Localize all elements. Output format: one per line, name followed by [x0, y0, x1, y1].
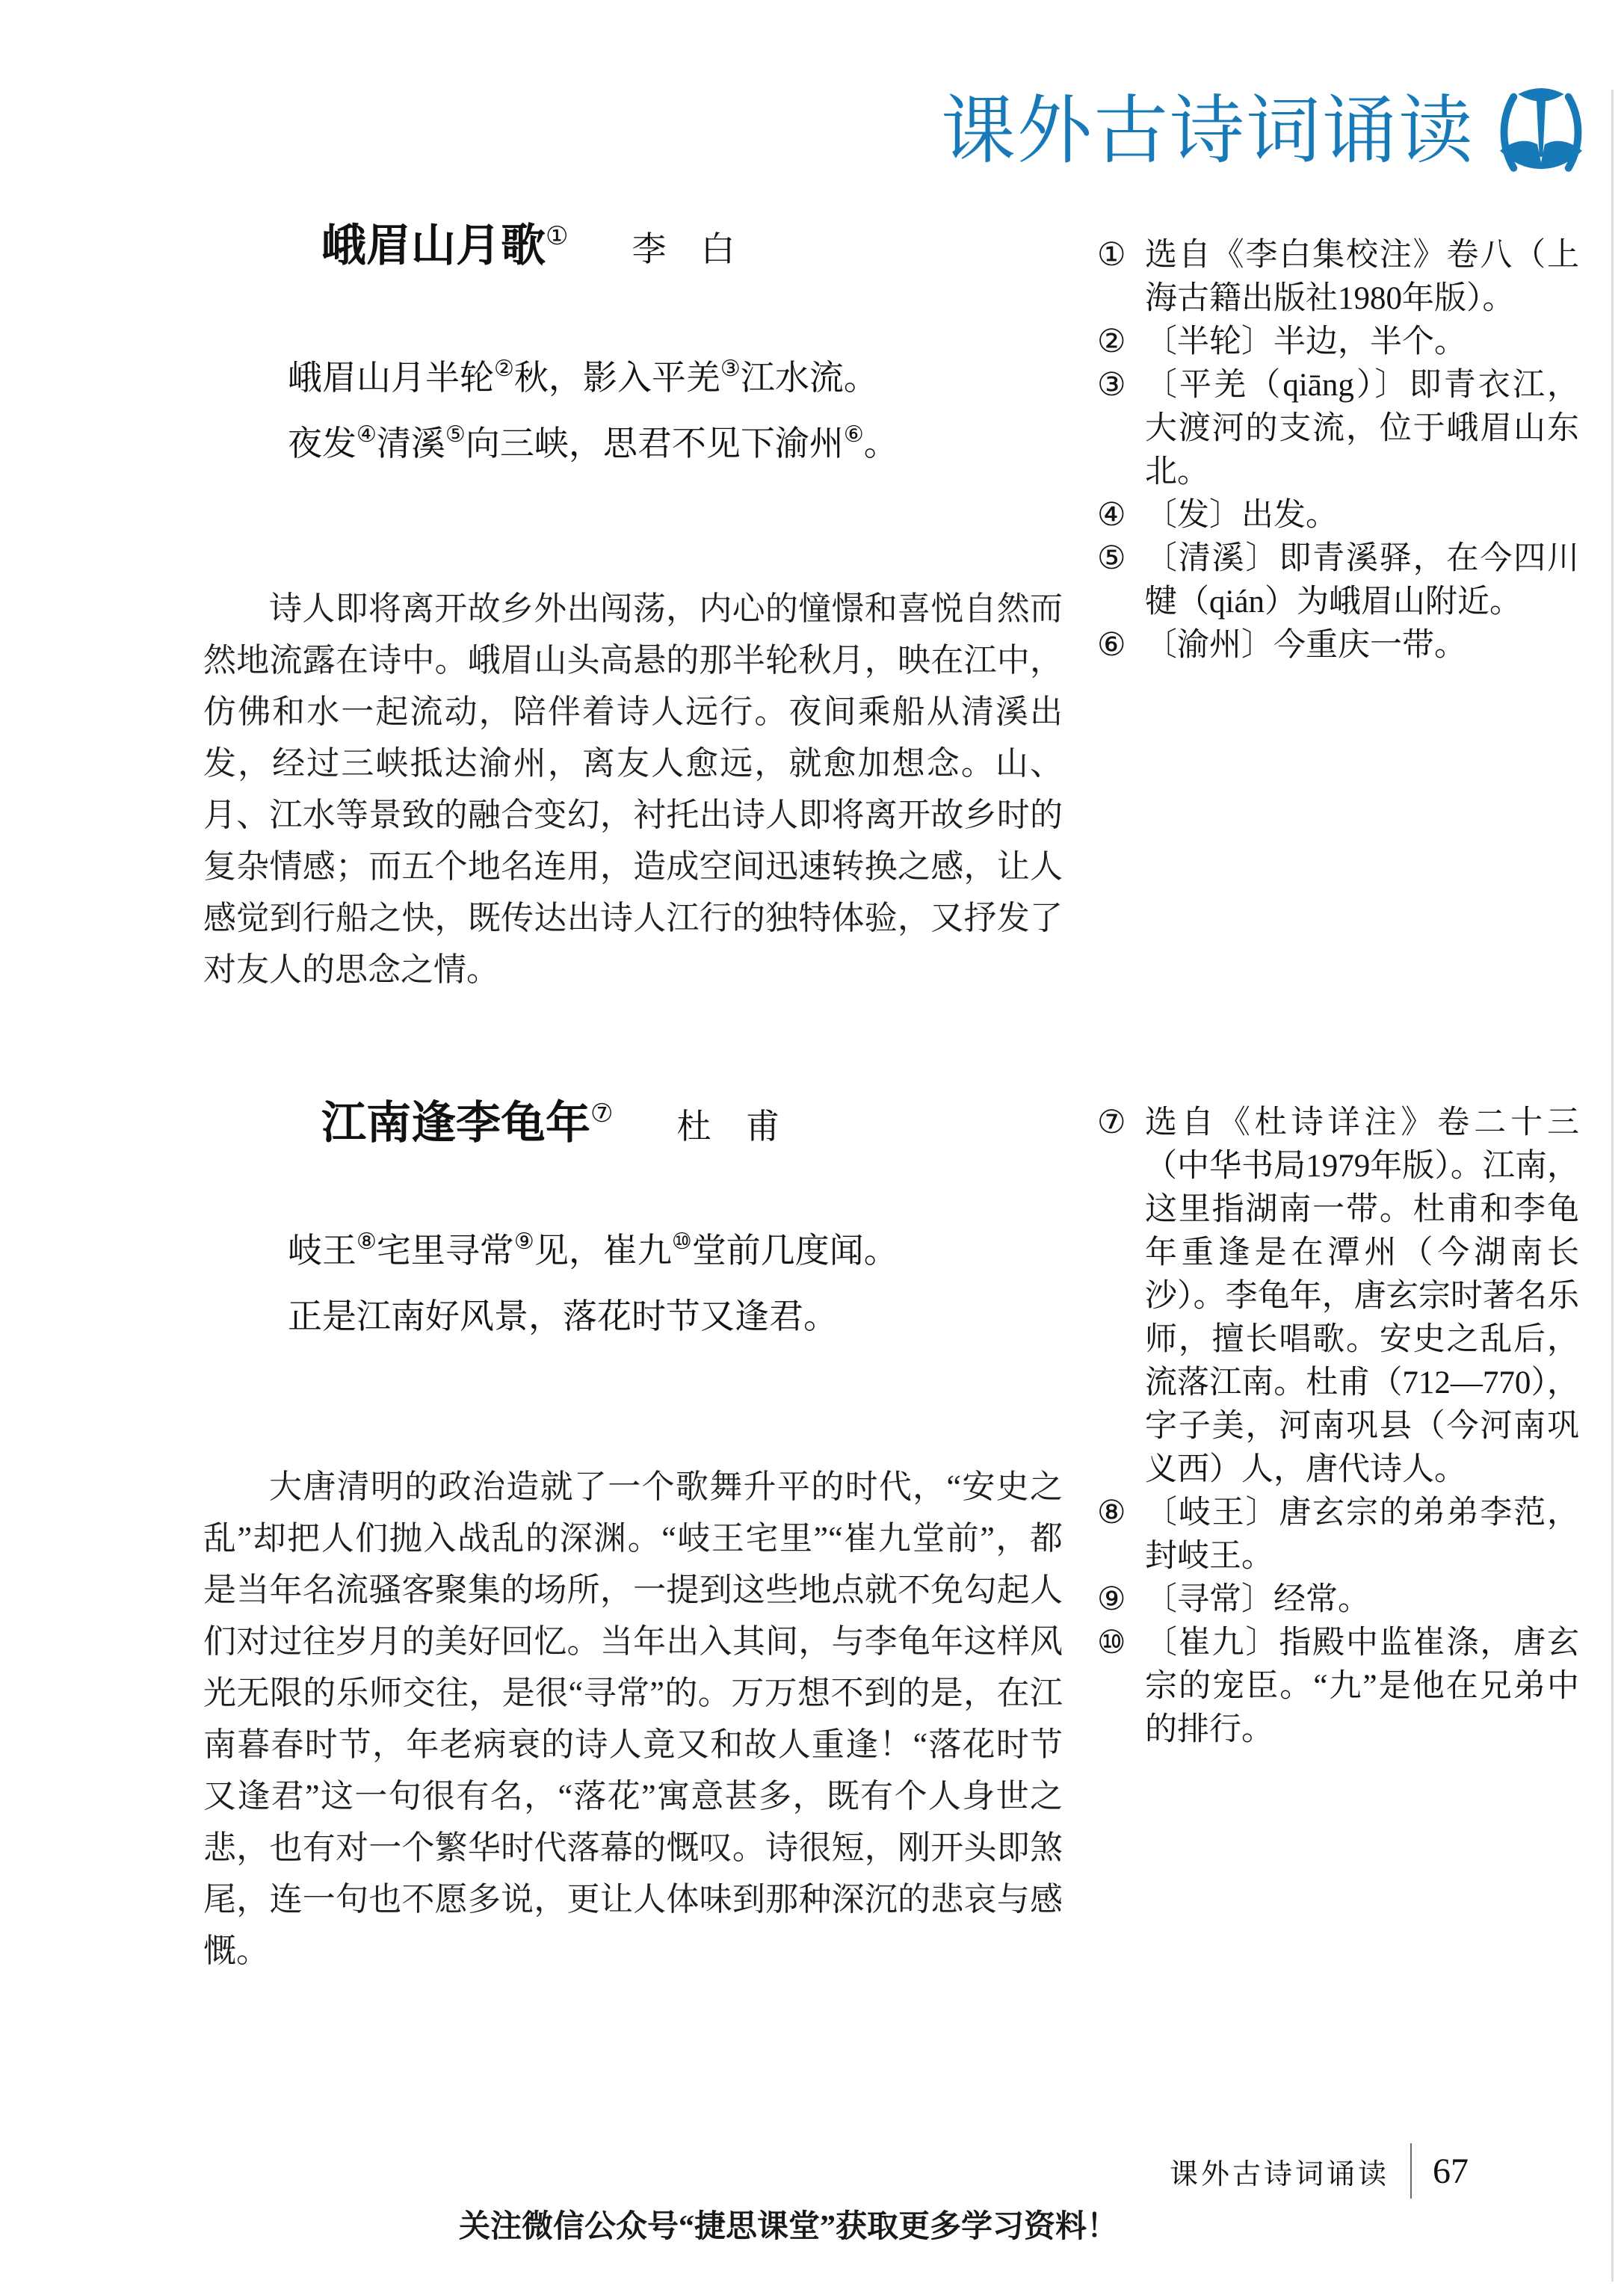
annotation-item-6: ⑥ 〔渝州〕今重庆一带。 [1097, 624, 1579, 667]
footer-divider [1410, 2143, 1412, 2199]
annotation-text: 〔岐王〕唐玄宗的弟弟李范，封岐王。 [1145, 1495, 1579, 1574]
annotation-item-8: ⑧ 〔岐王〕唐玄宗的弟弟李范，封岐王。 [1097, 1492, 1579, 1578]
annotation-number: ⑩ [1097, 1622, 1126, 1665]
annotation-number: ② [1097, 321, 1126, 364]
poem2-verses: 岐王⑧宅里寻常⑨见，崔九⑩堂前几度闻。 正是江南好风景，落花时节又逢君。 [288, 1218, 898, 1350]
annotation-number: ⑤ [1097, 537, 1126, 581]
poem2-verse-line-2: 正是江南好风景，落花时节又逢君。 [288, 1284, 898, 1350]
annotation-text: 〔寻常〕经常。 [1145, 1582, 1370, 1617]
page-edge-shadow [1611, 90, 1614, 2282]
annotation-item-2: ② 〔半轮〕半边，半个。 [1097, 321, 1579, 364]
chapter-header: 课外古诗词诵读 [941, 82, 1588, 181]
anchor-badge-icon [1494, 82, 1588, 181]
annotation-number: ⑦ [1097, 1102, 1126, 1145]
poem1-verse-line-2: 夜发④清溪⑤向三峡，思君不见下渝州⑥。 [288, 411, 898, 477]
annotation-text: 〔平羌（qiāng）〕即青衣江，大渡河的支流，位于峨眉山东北。 [1145, 368, 1579, 489]
poem2-author: 杜 甫 [676, 1099, 779, 1149]
annotation-text: 选自《李白集校注》卷八（上海古籍出版社1980年版）。 [1145, 238, 1579, 316]
poem2-title: 江南逢李龟年⑦ [321, 1096, 613, 1152]
annotation-item-7: ⑦ 选自《杜诗详注》卷二十三（中华书局1979年版）。江南，这里指湖南一带。杜甫… [1097, 1102, 1579, 1492]
annotation-number: ① [1097, 234, 1126, 277]
annotation-number: ⑨ [1097, 1578, 1126, 1622]
annotations-poem2: ⑦ 选自《杜诗详注》卷二十三（中华书局1979年版）。江南，这里指湖南一带。杜甫… [1097, 1102, 1579, 1752]
textbook-page: 课外古诗词诵读 峨眉山月歌① 李 白 峨眉山月半轮②秋，影入平羌③江水流。 夜发… [0, 0, 1624, 2295]
annotation-text: 〔半轮〕半边，半个。 [1145, 324, 1466, 359]
poem2-verse-line-1: 岐王⑧宅里寻常⑨见，崔九⑩堂前几度闻。 [288, 1218, 898, 1284]
annotation-number: ⑧ [1097, 1492, 1126, 1535]
poem2-title-row: 江南逢李龟年⑦ 杜 甫 [321, 1096, 779, 1152]
annotations-poem1: ① 选自《李白集校注》卷八（上海古籍出版社1980年版）。 ② 〔半轮〕半边，半… [1097, 234, 1579, 667]
annotation-text: 〔崔九〕指殿中监崔涤，唐玄宗的宠臣。“九”是他在兄弟中的排行。 [1145, 1625, 1579, 1747]
annotation-number: ⑥ [1097, 624, 1126, 667]
poem1-commentary: 诗人即将离开故乡外出闯荡，内心的憧憬和喜悦自然而然地流露在诗中。峨眉山头高悬的那… [203, 583, 1063, 995]
annotation-item-5: ⑤ 〔清溪〕即青溪驿，在今四川犍（qián）为峨眉山附近。 [1097, 537, 1579, 624]
footer-section-title: 课外古诗词诵读 [1170, 2151, 1389, 2192]
annotation-number: ③ [1097, 364, 1126, 407]
annotation-text: 〔清溪〕即青溪驿，在今四川犍（qián）为峨眉山附近。 [1145, 541, 1579, 620]
page-number: 67 [1433, 2151, 1469, 2192]
poem1-author: 李 白 [632, 222, 735, 271]
watermark-note: 关注微信公众号“捷思课堂”获取更多学习资料！ [0, 2202, 1577, 2246]
poem1-verses: 峨眉山月半轮②秋，影入平羌③江水流。 夜发④清溪⑤向三峡，思君不见下渝州⑥。 [288, 345, 898, 477]
poem1-title: 峨眉山月歌① [321, 218, 568, 274]
annotation-item-10: ⑩ 〔崔九〕指殿中监崔涤，唐玄宗的宠臣。“九”是他在兄弟中的排行。 [1097, 1622, 1579, 1752]
annotation-number: ④ [1097, 494, 1126, 537]
poem1-title-row: 峨眉山月歌① 李 白 [321, 218, 735, 274]
poem2-commentary: 大唐清明的政治造就了一个歌舞升平的时代，“安史之乱”却把人们抛入战乱的深渊。“岐… [203, 1461, 1063, 1977]
annotation-item-1: ① 选自《李白集校注》卷八（上海古籍出版社1980年版）。 [1097, 234, 1579, 321]
annotation-text: 〔渝州〕今重庆一带。 [1145, 628, 1466, 663]
poem1-verse-line-1: 峨眉山月半轮②秋，影入平羌③江水流。 [288, 345, 898, 411]
annotation-item-4: ④ 〔发〕出发。 [1097, 494, 1579, 537]
annotation-text: 选自《杜诗详注》卷二十三（中华书局1979年版）。江南，这里指湖南一带。杜甫和李… [1145, 1105, 1579, 1487]
annotation-text: 〔发〕出发。 [1145, 498, 1338, 533]
chapter-title: 课外古诗词诵读 [941, 90, 1475, 173]
annotation-item-3: ③ 〔平羌（qiāng）〕即青衣江，大渡河的支流，位于峨眉山东北。 [1097, 364, 1579, 494]
annotation-item-9: ⑨ 〔寻常〕经常。 [1097, 1578, 1579, 1622]
page-footer: 课外古诗词诵读 67 [1170, 2143, 1469, 2199]
